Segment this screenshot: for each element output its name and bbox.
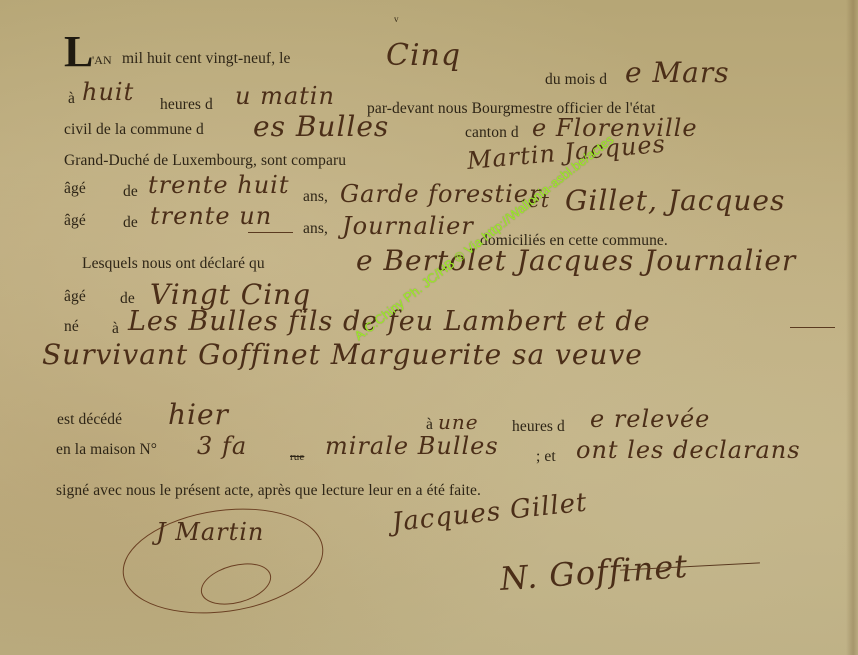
dropcap-letter: L [64,30,93,74]
printed-text: heures d [160,96,213,114]
blank-fill-line [790,327,835,328]
printed-text: en la maison N° [56,441,157,459]
handwritten-house-number: 3 [197,432,213,460]
handwritten-witness1-age: trente huit [148,171,290,199]
handwritten-street: mirale Bulles [325,432,499,460]
printed-text: du mois d [545,71,607,89]
printed-text: Grand-Duché de Luxembourg, sont comparu [64,152,346,170]
handwritten-commune: es Bulles [253,110,389,143]
printed-text: mil huit cent vingt-neuf, le [122,50,291,68]
struck-printed-text: rue [290,451,304,463]
printed-text: âgé [64,180,86,198]
handwritten-declarants-note: ont les declarans [576,436,801,464]
printed-text: âgé [64,212,86,230]
printed-text: canton d [465,124,519,142]
printed-text: à [112,320,119,338]
handwritten-house-extra: fa [222,432,247,460]
signature-official: J Martin [156,518,264,546]
printed-text: ans, [303,220,328,238]
handwritten-death-day: hier [168,398,229,431]
printed-text: ; et [536,448,556,466]
printed-text: de [123,214,138,232]
handwritten-witness1-occupation: Garde forestier [340,180,541,208]
page-binding-edge [846,0,858,655]
page-mark: v [394,14,399,24]
handwritten-death-hour: une [438,410,479,434]
handwritten-witness2-occupation: Journalier [342,212,474,240]
printed-text: 'AN [92,53,112,68]
printed-text: est décédé [57,411,122,429]
printed-text: signé avec nous le présent acte, après q… [56,482,481,500]
handwritten-witness2-age: trente un [150,202,272,230]
printed-text: de [123,183,138,201]
handwritten-time-of-day: u matin [235,82,335,110]
handwritten-witness2-name: Gillet, Jacques [565,184,785,217]
printed-text: né [64,318,79,336]
blank-fill-line [248,232,293,233]
printed-text: heures d [512,418,565,436]
printed-text: civil de la commune d [64,121,204,139]
handwritten-month: e Mars [625,56,730,89]
printed-text: âgé [64,288,86,306]
handwritten-declared: e Bertolet Jacques Journalier [356,244,796,277]
printed-text: à [68,90,75,108]
handwritten-death-time: e relevée [590,405,710,433]
printed-text: ans, [303,188,328,206]
handwritten-day: Cinq [386,38,461,73]
printed-text: Lesquels nous ont déclaré qu [82,255,265,273]
handwritten-mother: Survivant Goffinet Marguerite sa veuve [42,338,643,371]
handwritten-hour: huit [82,78,134,106]
